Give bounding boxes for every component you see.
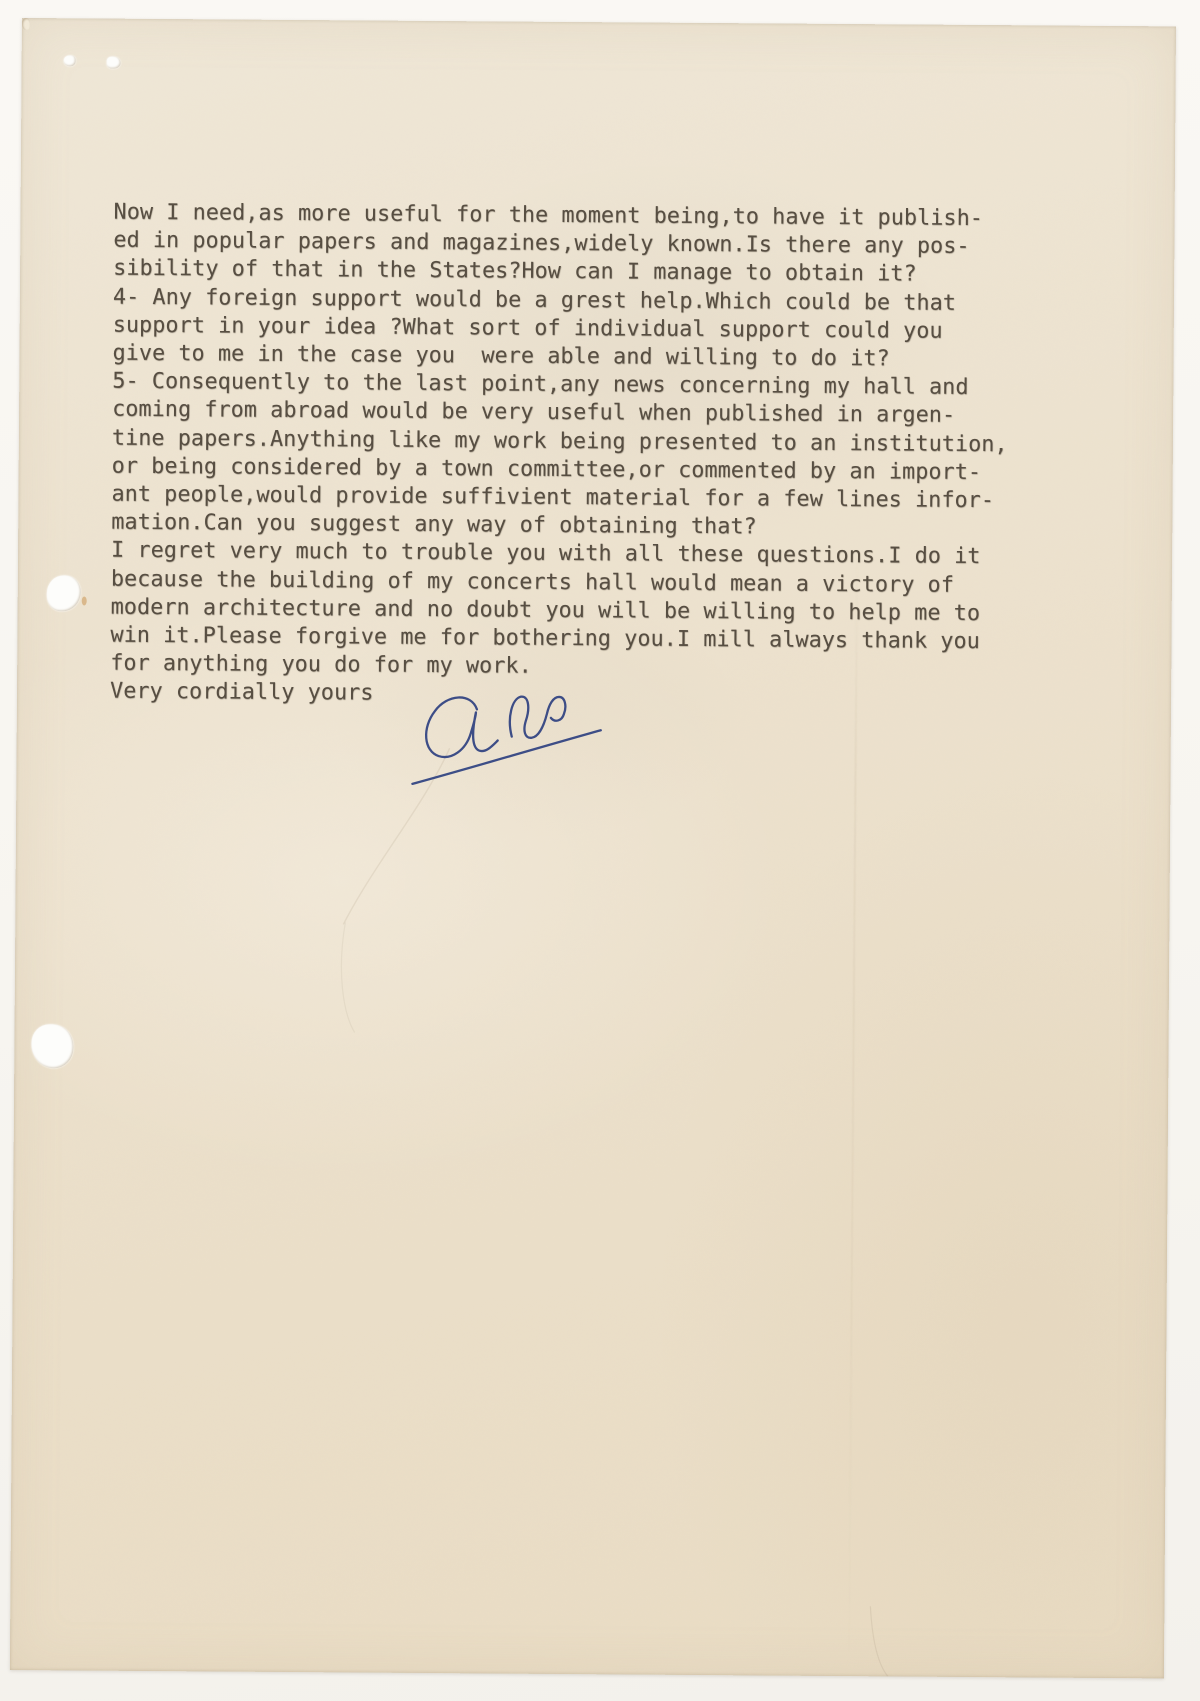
punch-hole-lower	[31, 1024, 73, 1068]
scan-background: Now I need,as more useful for the moment…	[0, 0, 1200, 1701]
signature	[364, 663, 685, 815]
letter-body: Now I need,as more useful for the moment…	[110, 199, 1044, 713]
letter-page: Now I need,as more useful for the moment…	[10, 18, 1176, 1678]
paper-dent	[22, 18, 30, 30]
staple-hole-left	[64, 55, 76, 66]
vertical-crease	[848, 554, 858, 1664]
staple-hole-right	[107, 57, 121, 69]
punch-hole-upper	[47, 575, 81, 611]
